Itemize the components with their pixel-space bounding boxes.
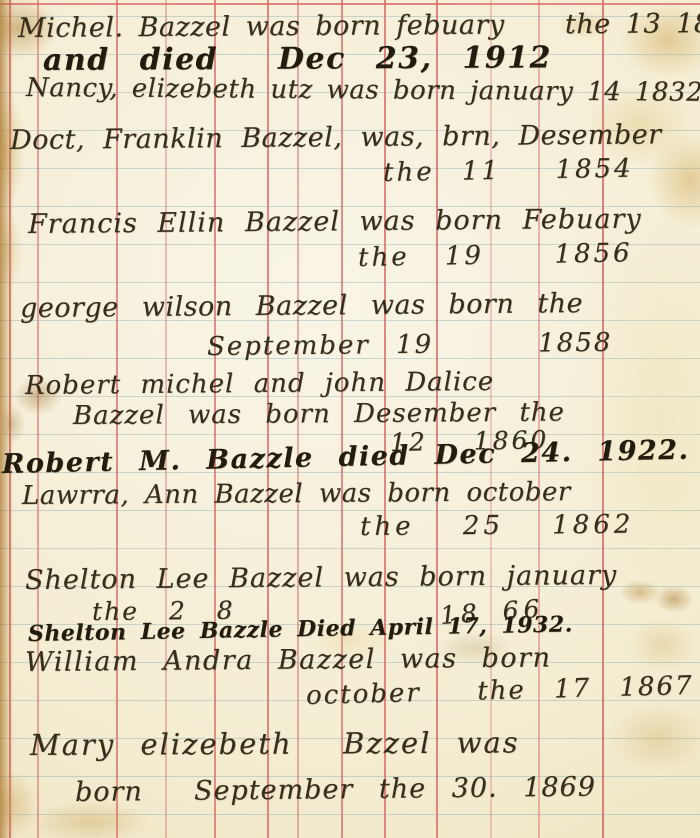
handwritten-line: Mary elizebeth Bzzel was (30, 727, 520, 761)
handwritten-line: Michel. Bazzel was born febuary the 13 1… (18, 9, 700, 44)
handwritten-line: the 19 1856 (358, 239, 633, 272)
handwritten-line: Shelton Lee Bazzel was born january (25, 561, 617, 596)
handwritten-line: Lawrra, Ann Bazzel was born october (22, 478, 571, 510)
handwritten-line: William Andra Bazzel was born (25, 643, 552, 677)
handwritten-line: george wilson Bazzel was born the (20, 289, 583, 324)
ledger-page: Michel. Bazzel was born febuary the 13 1… (0, 0, 700, 838)
handwritten-line: october the 17 1867 (306, 672, 694, 711)
handwritten-line: Doct, Franklin Bazzel, was, brn, Desembe… (10, 120, 662, 155)
handwritten-line: the 25 1862 (360, 511, 635, 542)
handwritten-line: Nancy, elizebeth utz was born january 14… (26, 74, 700, 107)
handwritten-line: Robert M. Bazzle died Dec 24. 1922. (2, 436, 690, 480)
handwritten-line: Robert michel and john Dalice (25, 368, 494, 401)
handwritten-line: Francis Ellin Bazzel was born Febuary (28, 205, 642, 240)
handwritten-line: and died Dec 23, 1912 (43, 41, 552, 77)
handwritten-line: September 19 1858 (207, 329, 613, 362)
handwriting-layer: Michel. Bazzel was born febuary the 13 1… (0, 0, 700, 838)
handwritten-line: the 11 1854 (383, 155, 634, 188)
handwritten-line: born September the 30. 1869 (75, 773, 596, 808)
